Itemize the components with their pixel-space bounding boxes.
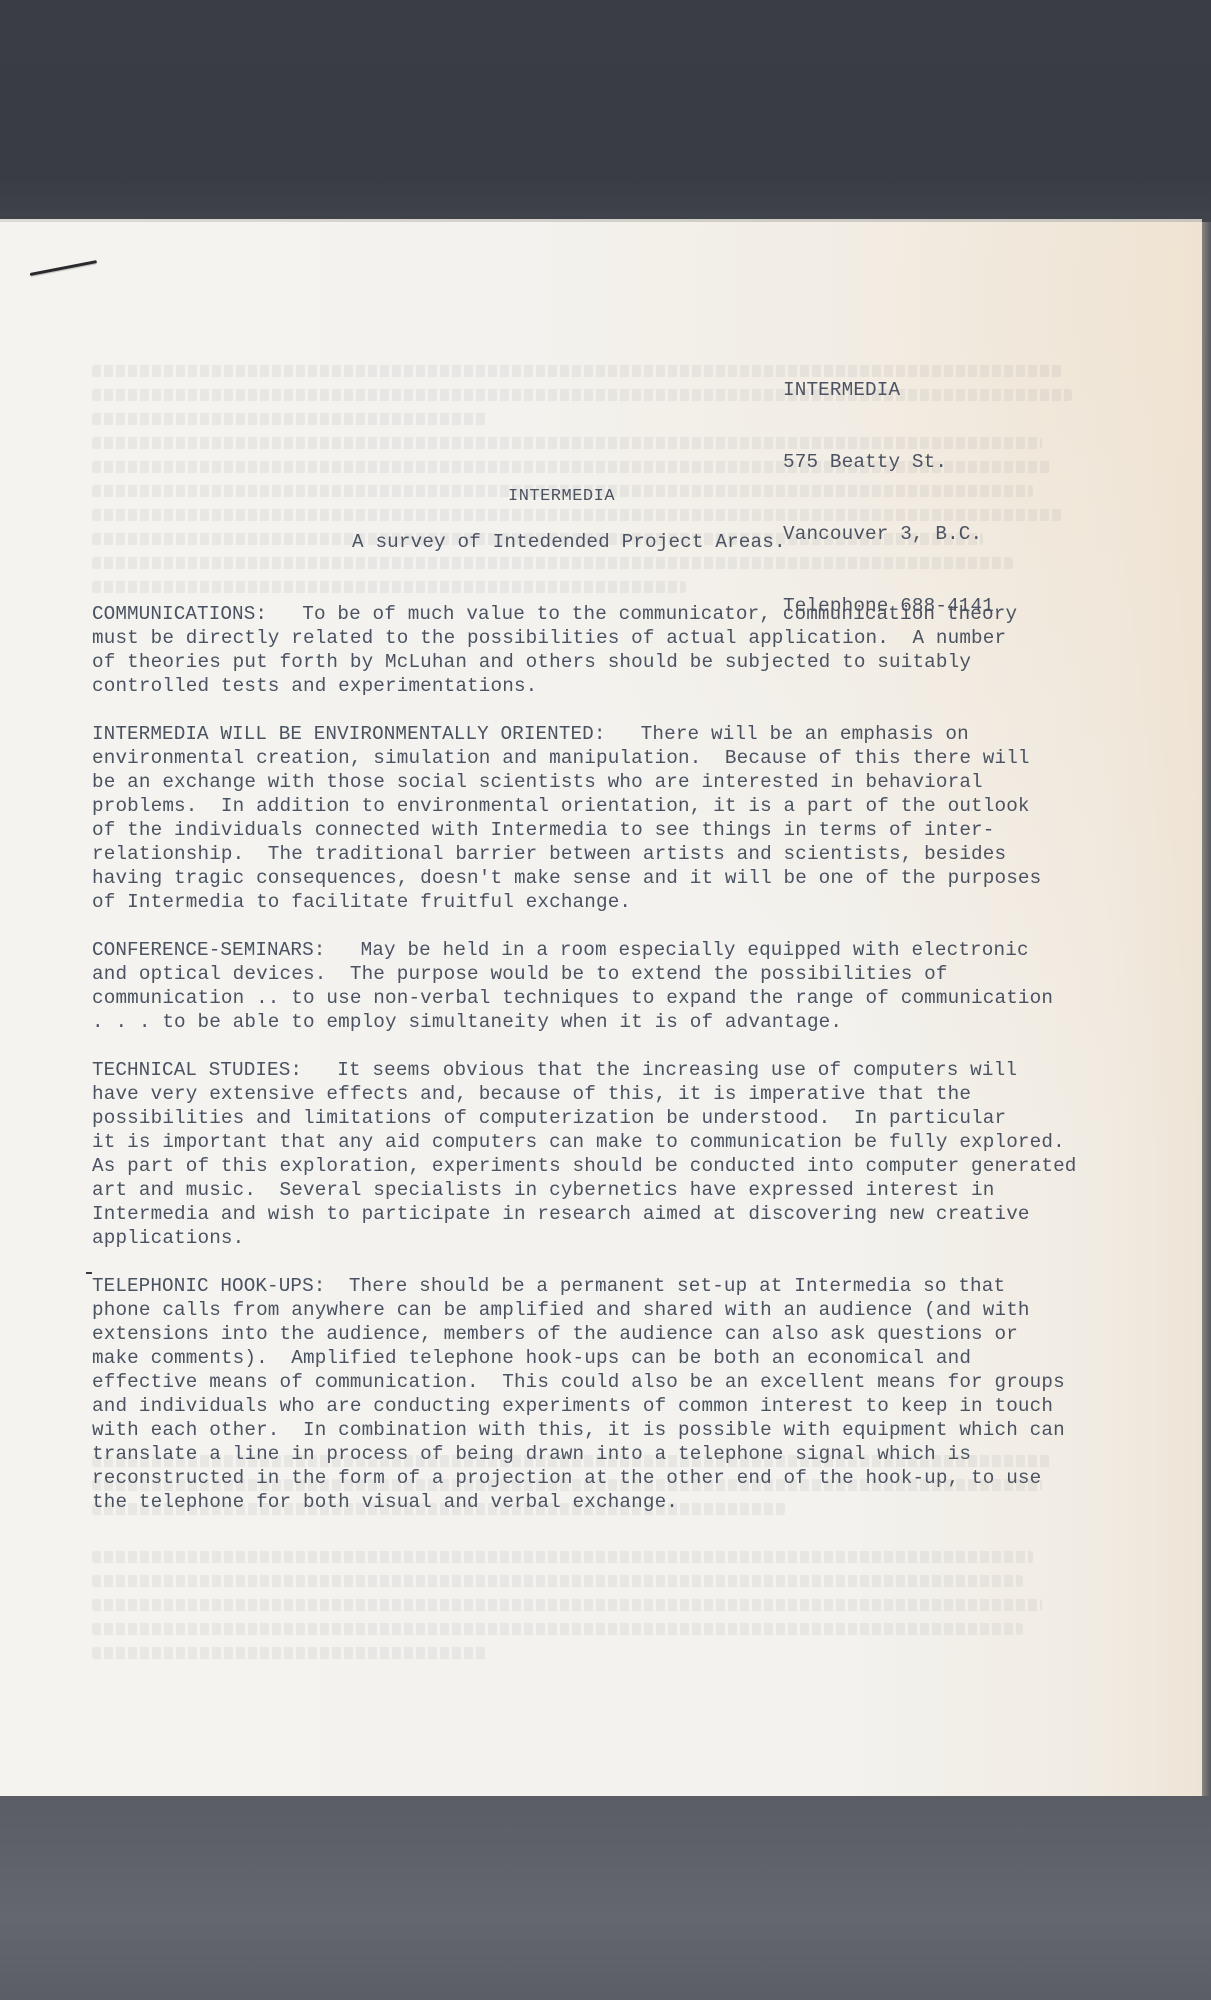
text-line: of theories put forth by McLuhan and oth…	[92, 650, 1102, 674]
document-title: INTERMEDIA	[508, 485, 615, 509]
text-line: have very extensive effects and, because…	[92, 1082, 1102, 1106]
text-line: of Intermedia to facilitate fruitful exc…	[92, 890, 1102, 914]
section-text: To be of much value to the communicator,…	[267, 603, 1017, 625]
text-line: relationship. The traditional barrier be…	[92, 842, 1102, 866]
section-text: There will be an emphasis on	[606, 723, 969, 745]
text-line: COMMUNICATIONS: To be of much value to t…	[92, 602, 1102, 626]
section-text: There should be a permanent set-up at In…	[325, 1275, 1005, 1297]
paper-right-edge	[1202, 222, 1211, 1796]
section-technical-studies: TECHNICAL STUDIES: It seems obvious that…	[92, 1058, 1102, 1250]
ink-speck	[86, 1272, 92, 1274]
section-conference-seminars: CONFERENCE-SEMINARS: May be held in a ro…	[92, 938, 1102, 1034]
text-line: environmental creation, simulation and m…	[92, 746, 1102, 770]
text-line: possibilities and limitations of compute…	[92, 1106, 1102, 1130]
letterhead-city: Vancouver 3, B.C.	[783, 522, 994, 546]
text-line: having tragic consequences, doesn't make…	[92, 866, 1102, 890]
text-line: translate a line in process of being dra…	[92, 1442, 1102, 1466]
text-line: As part of this exploration, experiments…	[92, 1154, 1102, 1178]
text-line: effective means of communication. This c…	[92, 1370, 1102, 1394]
scanner-background-bottom	[0, 1796, 1211, 2000]
text-line: it is important that any aid computers c…	[92, 1130, 1102, 1154]
section-heading: INTERMEDIA WILL BE ENVIRONMENTALLY ORIEN…	[92, 723, 606, 745]
scanner-background-top	[0, 0, 1211, 222]
text-line: phone calls from anywhere can be amplifi…	[92, 1298, 1102, 1322]
text-line: make comments). Amplified telephone hook…	[92, 1346, 1102, 1370]
text-line: art and music. Several specialists in cy…	[92, 1178, 1102, 1202]
text-line: communication .. to use non-verbal techn…	[92, 986, 1102, 1010]
document-body: COMMUNICATIONS: To be of much value to t…	[92, 602, 1102, 1538]
section-communications: COMMUNICATIONS: To be of much value to t…	[92, 602, 1102, 698]
section-text: It seems obvious that the increasing use…	[302, 1059, 1017, 1081]
section-telephonic-hook-ups: TELEPHONIC HOOK-UPS: There should be a p…	[92, 1274, 1102, 1514]
text-line: with each other. In combination with thi…	[92, 1418, 1102, 1442]
section-intermedia-will-be-environmentally-oriented: INTERMEDIA WILL BE ENVIRONMENTALLY ORIEN…	[92, 722, 1102, 914]
section-text: May be held in a room especially equippe…	[325, 939, 1028, 961]
section-heading: TELEPHONIC HOOK-UPS:	[92, 1275, 325, 1297]
text-line: reconstructed in the form of a projectio…	[92, 1466, 1102, 1490]
text-line: must be directly related to the possibil…	[92, 626, 1102, 650]
text-line: of the individuals connected with Interm…	[92, 818, 1102, 842]
letterhead-street: 575 Beatty St.	[783, 450, 994, 474]
section-heading: TECHNICAL STUDIES:	[92, 1059, 302, 1081]
text-line: CONFERENCE-SEMINARS: May be held in a ro…	[92, 938, 1102, 962]
text-line: applications.	[92, 1226, 1102, 1250]
text-line: TELEPHONIC HOOK-UPS: There should be a p…	[92, 1274, 1102, 1298]
text-line: INTERMEDIA WILL BE ENVIRONMENTALLY ORIEN…	[92, 722, 1102, 746]
letterhead-address: INTERMEDIA 575 Beatty St. Vancouver 3, B…	[783, 330, 994, 642]
letterhead-name: INTERMEDIA	[783, 378, 994, 402]
text-line: and individuals who are conducting exper…	[92, 1394, 1102, 1418]
text-line: be an exchange with those social scienti…	[92, 770, 1102, 794]
text-line: controlled tests and experimentations.	[92, 674, 1102, 698]
text-line: extensions into the audience, members of…	[92, 1322, 1102, 1346]
text-line: problems. In addition to environmental o…	[92, 794, 1102, 818]
text-line: Intermedia and wish to participate in re…	[92, 1202, 1102, 1226]
text-line: TECHNICAL STUDIES: It seems obvious that…	[92, 1058, 1102, 1082]
text-line: and optical devices. The purpose would b…	[92, 962, 1102, 986]
text-line: . . . to be able to employ simultaneity …	[92, 1010, 1102, 1034]
text-line: the telephone for both visual and verbal…	[92, 1490, 1102, 1514]
document-subtitle: A survey of Intedended Project Areas.	[352, 530, 786, 554]
section-heading: CONFERENCE-SEMINARS:	[92, 939, 325, 961]
section-heading: COMMUNICATIONS:	[92, 603, 267, 625]
